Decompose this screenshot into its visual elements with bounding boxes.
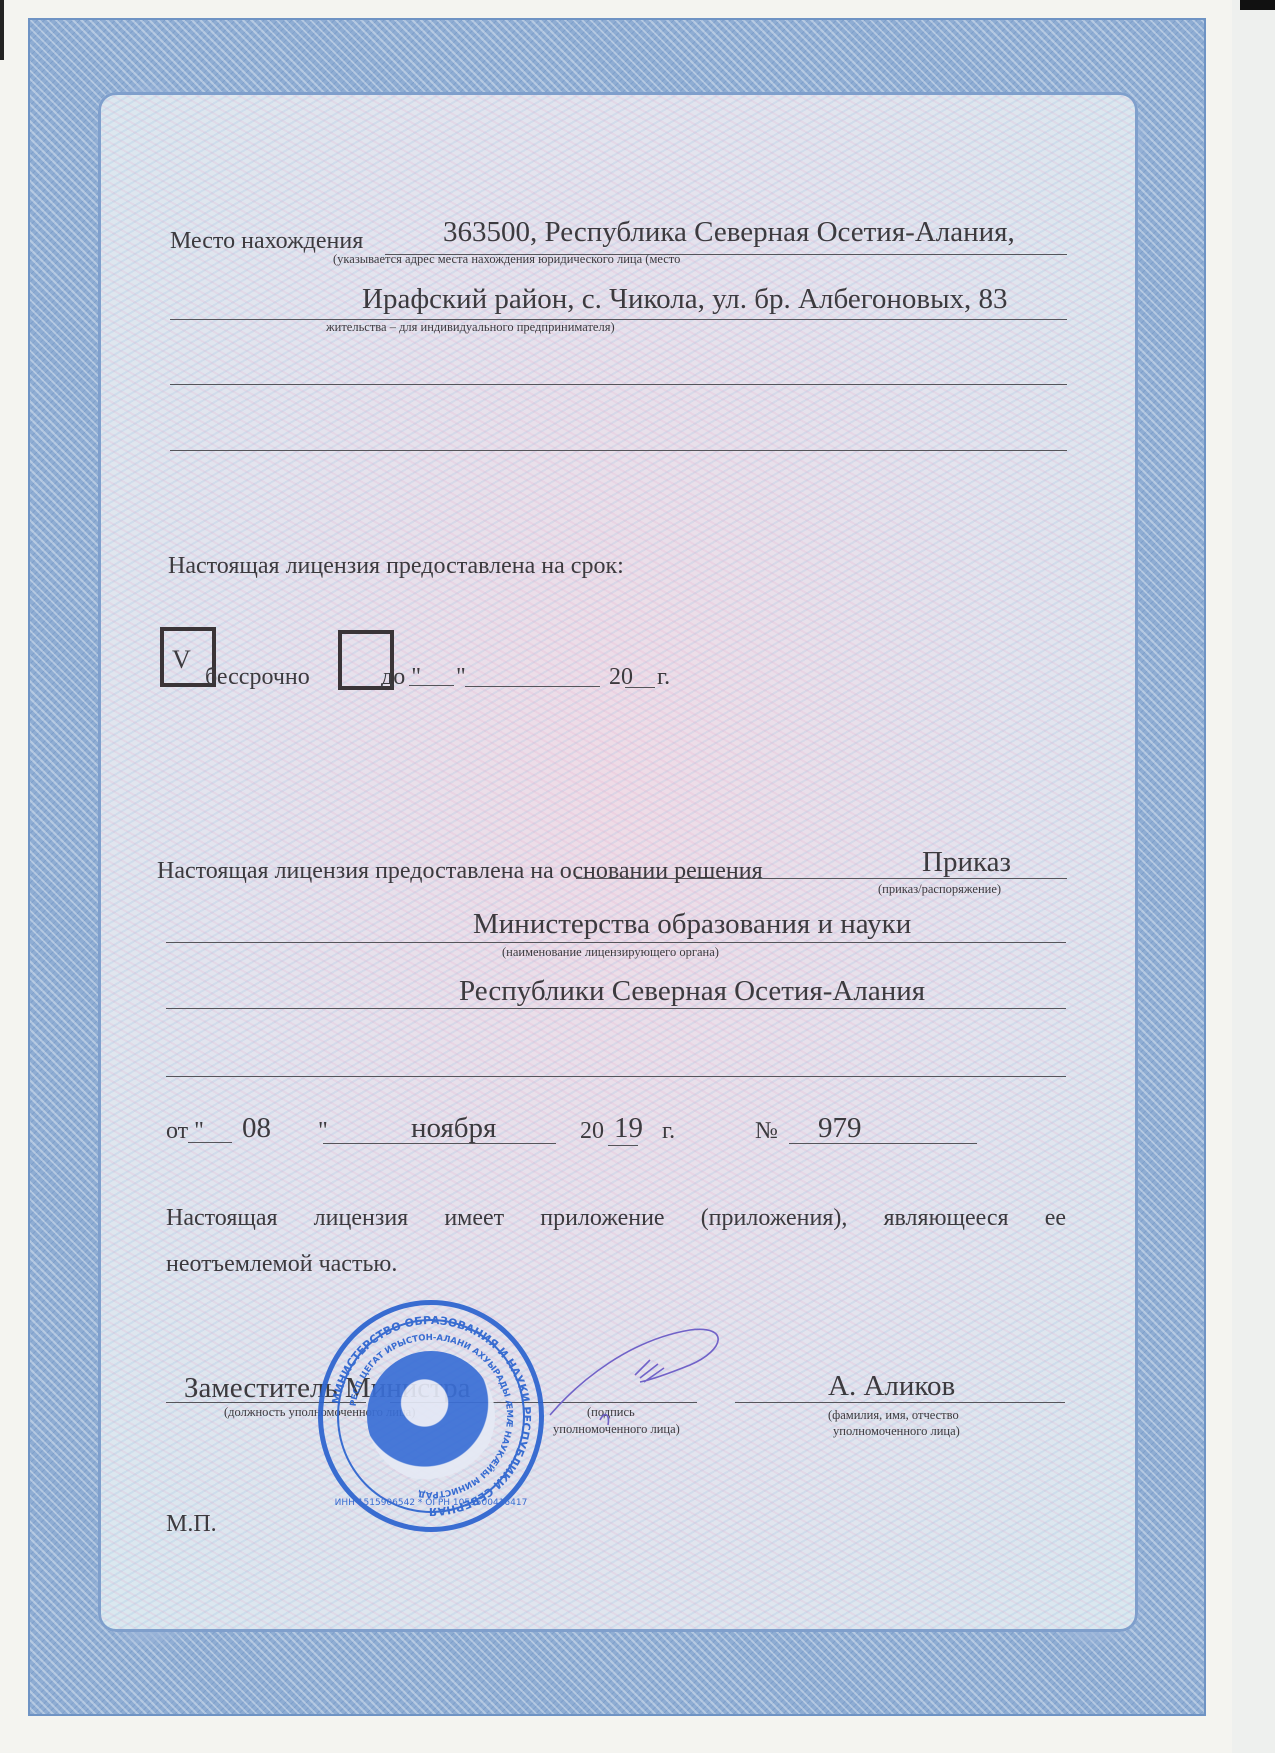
scan-edge (1240, 0, 1275, 10)
term-label: Настоящая лицензия предоставлена на срок… (168, 553, 624, 580)
blank-line (166, 1076, 1066, 1077)
scan-margin (1232, 0, 1275, 1753)
authority-line-2: Республики Северная Осетия-Алания (459, 975, 925, 1008)
day-blank[interactable] (409, 685, 454, 686)
seal-place-label: М.П. (166, 1511, 217, 1538)
date-year-prefix: 20 (580, 1118, 604, 1145)
doc-type-caption: (приказ/распоряжение) (878, 882, 1001, 897)
underline (166, 1008, 1066, 1009)
underline (608, 1145, 638, 1146)
scan-edge-left (0, 0, 4, 60)
authority-line-1: Министерства образования и науки (473, 908, 911, 941)
name-caption-1: (фамилия, имя, отчество (828, 1408, 959, 1423)
quote-close: " (318, 1118, 328, 1145)
official-seal: МИНИСТЕРСТВО ОБРАЗОВАНИЯ И НАУКИ РЕСПУБЛ… (318, 1300, 544, 1532)
handwritten-signature (540, 1320, 740, 1440)
underline (188, 1142, 232, 1143)
svg-text:РЕСП ЦЕГАТ ИРЫСТОН-АЛАНИ АХУЫР: РЕСП ЦЕГАТ ИРЫСТОН-АЛАНИ АХУЫРАДЫ ÆМÆ НА… (349, 1333, 514, 1499)
signer-name: А. Аликов (828, 1370, 955, 1403)
appendix-line-1: Настоящая лицензия имеет приложение (при… (166, 1205, 1066, 1232)
year-suffix: г. (657, 664, 670, 691)
seal-inn: ИНН 1515906542 * ОГРН 1051500416417 (335, 1498, 528, 1508)
seal-outer-text: МИНИСТЕРСТВО ОБРАЗОВАНИЯ И НАУКИ РЕСПУБЛ… (330, 1314, 533, 1518)
underline (170, 319, 1067, 320)
date-day: 08 (242, 1112, 271, 1145)
decision-number: 979 (818, 1112, 862, 1145)
date-from-label: от " (166, 1118, 204, 1145)
doc-type-value: Приказ (922, 846, 1011, 879)
location-line-2: Ирафский район, с. Чикола, ул. бр. Албег… (362, 283, 1008, 316)
option-until-label: до " (381, 664, 421, 691)
authority-caption: (наименование лицензирующего органа) (502, 945, 719, 960)
appendix-line-2: неотъемлемой частью. (166, 1251, 397, 1278)
underline (166, 942, 1066, 943)
blank-line (170, 384, 1067, 385)
location-line-1: 363500, Республика Северная Осетия-Алани… (443, 216, 1015, 249)
name-caption-2: уполномоченного лица) (833, 1424, 960, 1439)
svg-text:МИНИСТЕРСТВО ОБРАЗОВАНИЯ И НАУ: МИНИСТЕРСТВО ОБРАЗОВАНИЯ И НАУКИ РЕСПУБЛ… (330, 1314, 533, 1518)
date-year: 19 (614, 1112, 643, 1145)
month-blank[interactable] (465, 686, 600, 687)
basis-label: Настоящая лицензия предоставлена на осно… (157, 858, 763, 885)
blank-line (170, 450, 1067, 451)
seal-inner-text: РЕСП ЦЕГАТ ИРЫСТОН-АЛАНИ АХУЫРАДЫ ÆМÆ НА… (349, 1333, 514, 1499)
number-sign: № (755, 1118, 778, 1145)
year-blank[interactable] (625, 687, 655, 688)
seal-text-ring: МИНИСТЕРСТВО ОБРАЗОВАНИЯ И НАУКИ РЕСПУБЛ… (323, 1305, 539, 1527)
date-month: ноября (411, 1112, 496, 1145)
check-mark: V (172, 645, 191, 675)
option-unlimited-label: бессрочно (205, 664, 310, 691)
location-caption-1: (указывается адрес места нахождения юрид… (333, 252, 680, 267)
location-label: Место нахождения (170, 228, 363, 255)
location-caption-2: жительства – для индивидуального предпри… (326, 320, 615, 335)
date-year-suffix: г. (662, 1118, 675, 1145)
